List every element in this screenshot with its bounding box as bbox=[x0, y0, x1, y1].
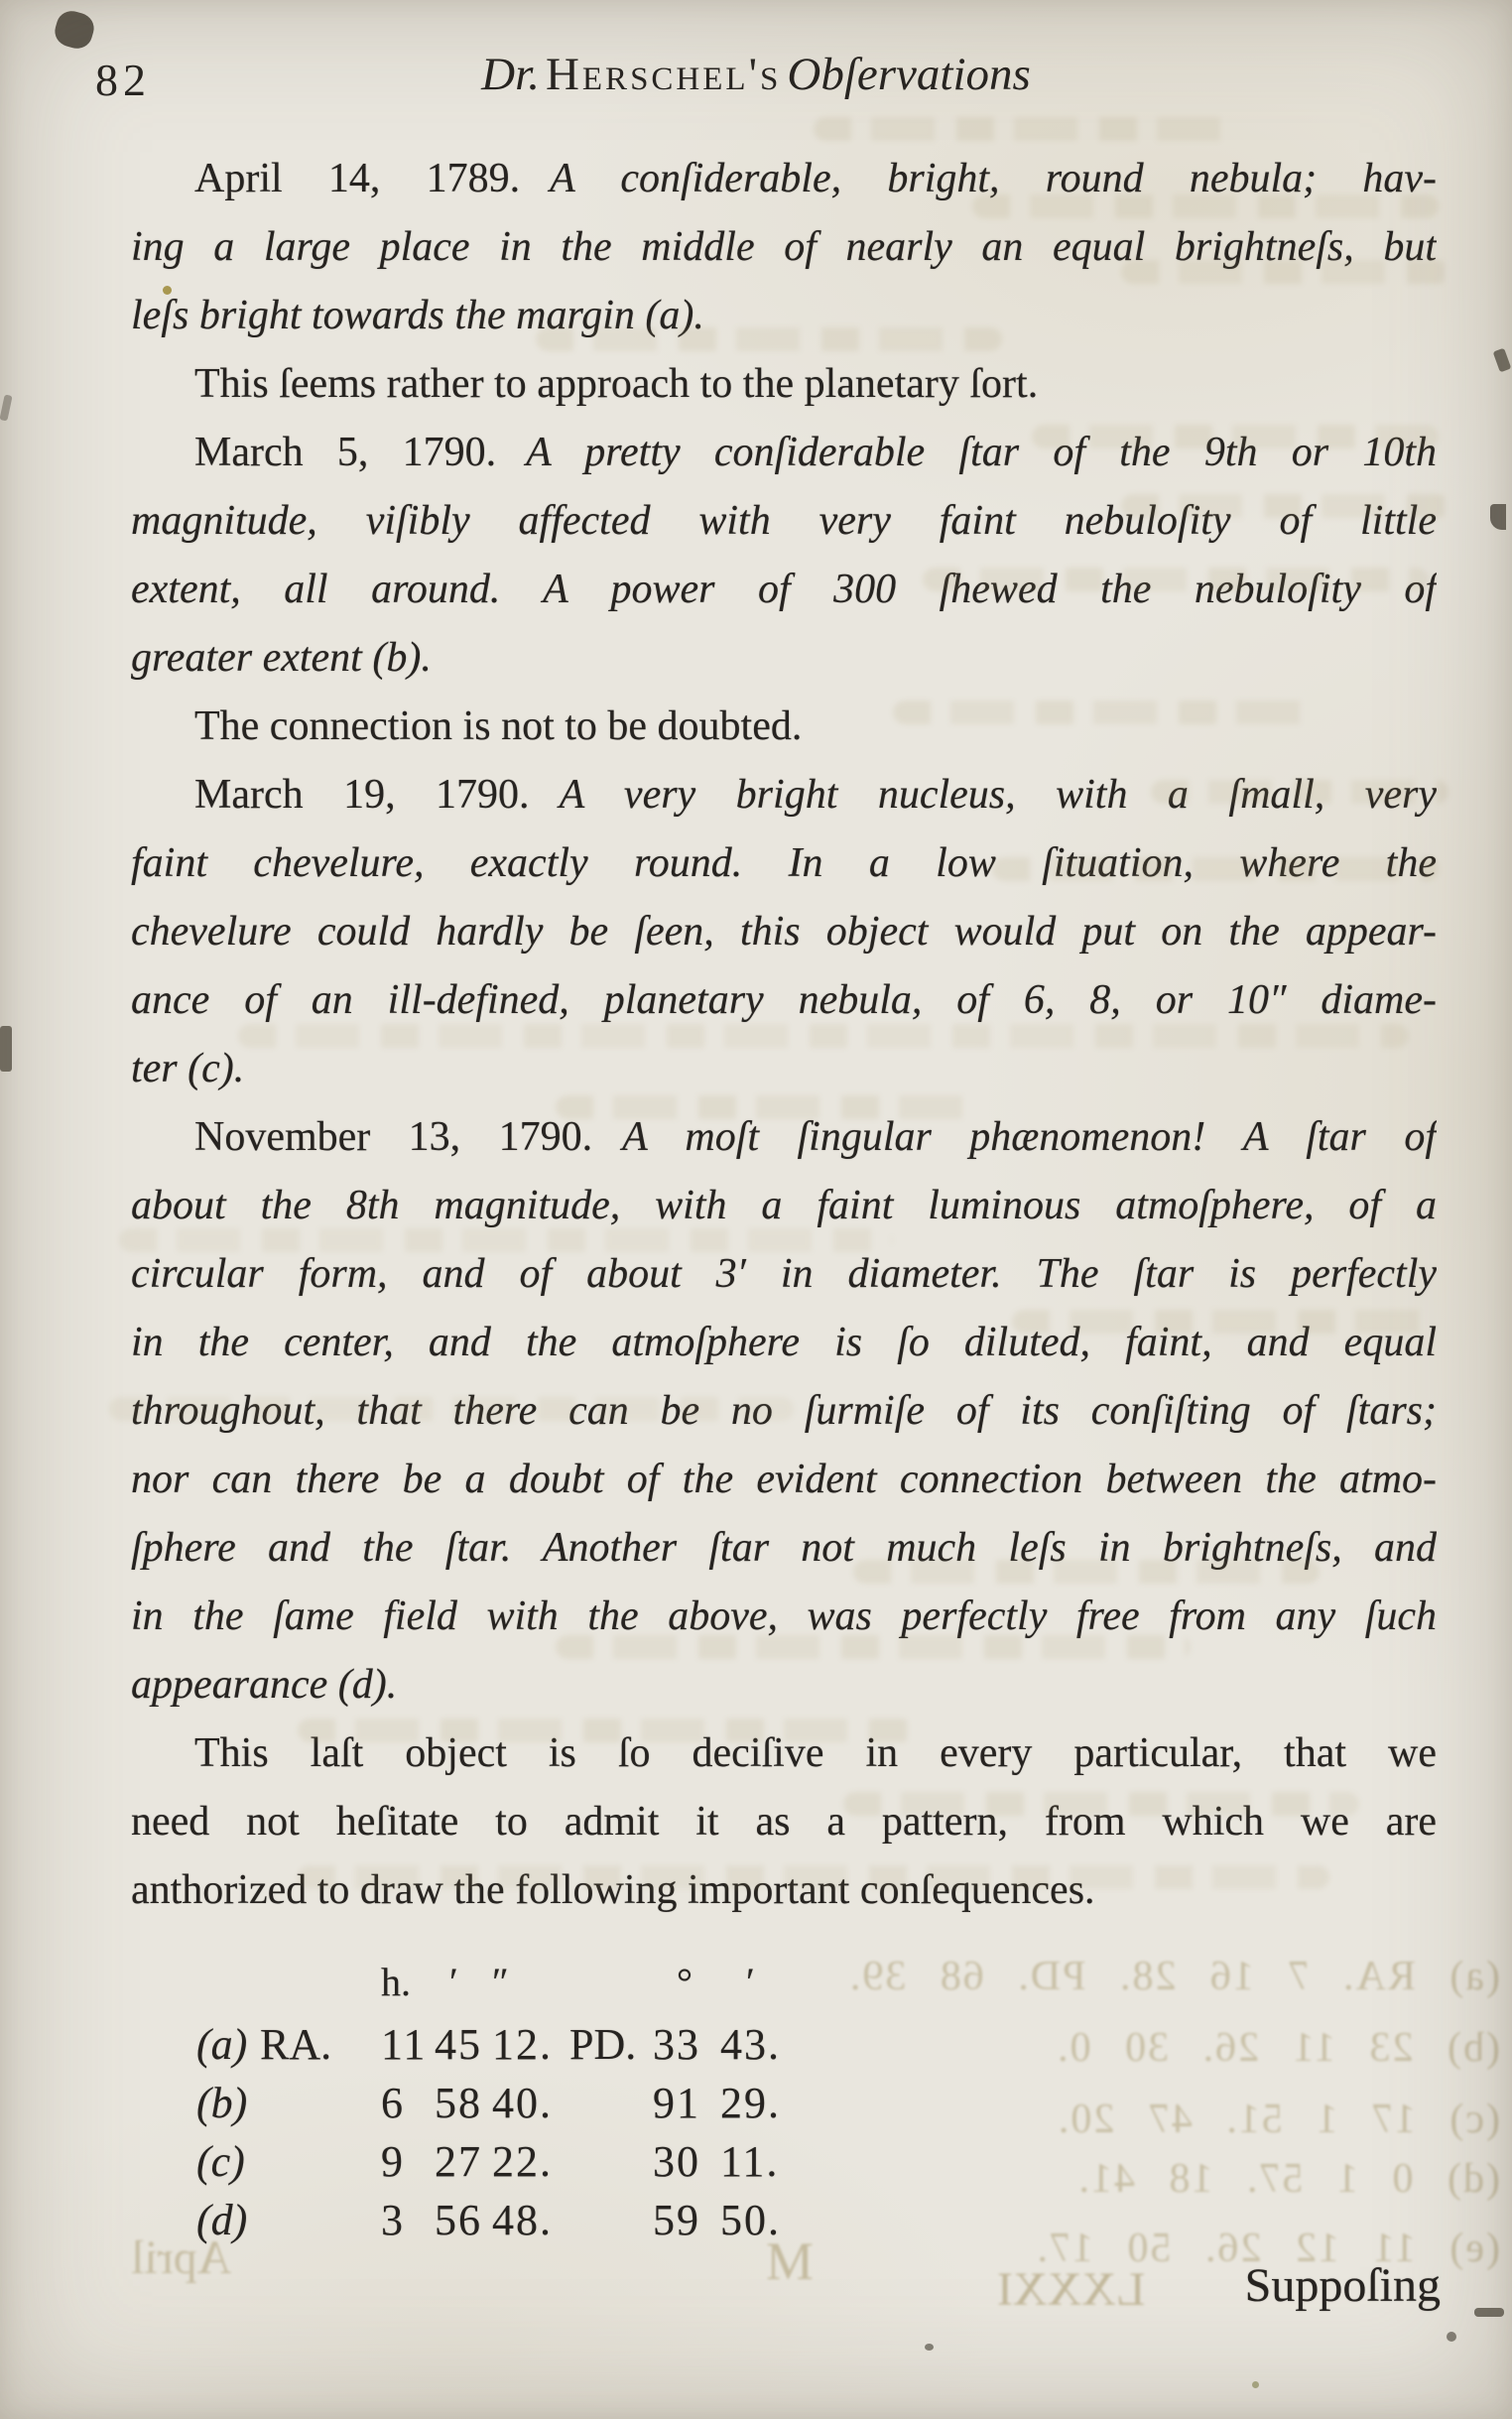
show-through-smear bbox=[536, 327, 1002, 351]
show-through-smear bbox=[109, 1397, 794, 1421]
show-through-smear bbox=[814, 117, 1230, 141]
signature-mark: M bbox=[766, 2230, 814, 2292]
edge-mark bbox=[1474, 2308, 1504, 2317]
book-page: 82 Dr.Herschel'sObſervations April 14, 1… bbox=[0, 0, 1512, 2419]
pd-label bbox=[569, 2132, 653, 2191]
degrees-mark: ° bbox=[653, 1957, 720, 2008]
show-through-smear bbox=[843, 1792, 1359, 1816]
ra-minutes: 27 bbox=[435, 2132, 492, 2191]
show-through-smear bbox=[923, 568, 1429, 591]
show-through-smear bbox=[972, 194, 1439, 218]
ghost-table-row: (c) 17 1 51. 47 20. bbox=[835, 2096, 1500, 2143]
ra-hours: 11 bbox=[361, 2015, 435, 2074]
show-through-smear bbox=[1121, 260, 1449, 284]
running-title-dr: Dr. bbox=[481, 49, 540, 100]
hours-header: h. bbox=[361, 1957, 435, 2008]
show-through-smear bbox=[1151, 780, 1449, 804]
pd-label: PD. bbox=[569, 2015, 653, 2074]
coordinates-table: h. ′ ″ ° ′ (a) RA. 11 45 12. PD. 33 43. … bbox=[196, 1957, 804, 2249]
ra-minutes: 45 bbox=[435, 2015, 492, 2074]
text-line: greater extent (b). bbox=[131, 624, 1437, 693]
paper-speck bbox=[163, 286, 172, 295]
text-line: chevelure could hardly be ſeen, this obj… bbox=[131, 898, 1437, 966]
show-through-smear bbox=[893, 700, 1320, 724]
show-through-smear bbox=[992, 857, 1439, 881]
row-label: (b) bbox=[196, 2074, 260, 2132]
ra-seconds: 40. bbox=[492, 2074, 569, 2132]
row-label: (c) bbox=[196, 2132, 260, 2191]
ra-label bbox=[260, 2132, 361, 2191]
ra-minutes: 56 bbox=[435, 2191, 492, 2249]
show-through-smear bbox=[1012, 1310, 1439, 1334]
pd-label bbox=[569, 2074, 653, 2132]
show-through-smear bbox=[1121, 494, 1449, 518]
ghost-volume: LXXXI bbox=[997, 2262, 1145, 2317]
paper-speck bbox=[925, 2344, 934, 2351]
margin-mark bbox=[0, 394, 13, 421]
minutes-mark: ′ bbox=[435, 1957, 492, 2008]
ra-label: RA. bbox=[260, 2015, 361, 2074]
ra-hours: 6 bbox=[361, 2074, 435, 2132]
running-title: Dr.Herschel'sObſervations bbox=[0, 48, 1512, 101]
ghost-table-row: (b) 23 11 26. 30 0. bbox=[835, 2024, 1500, 2072]
pd-degrees: 30 bbox=[653, 2132, 720, 2191]
ra-seconds: 12. bbox=[492, 2015, 569, 2074]
show-through-smear bbox=[556, 1635, 1191, 1659]
show-through-smear bbox=[853, 1560, 1320, 1584]
ghost-table-row: (d) 0 1 57. 18 41. bbox=[835, 2155, 1500, 2203]
pd-degrees: 59 bbox=[653, 2191, 720, 2249]
ra-hours: 3 bbox=[361, 2191, 435, 2249]
ghost-april: April bbox=[131, 2230, 231, 2285]
running-title-word: Obſervations bbox=[787, 49, 1030, 100]
ink-blot bbox=[52, 7, 97, 52]
show-through-smear bbox=[556, 1095, 982, 1119]
ra-seconds: 22. bbox=[492, 2132, 569, 2191]
ghost-table-row: (a) RA. 7 16 28. PD. 68 39. bbox=[835, 1953, 1500, 2000]
pd-minutes: 43. bbox=[720, 2015, 804, 2074]
ra-minutes: 58 bbox=[435, 2074, 492, 2132]
edge-mark bbox=[1490, 504, 1506, 530]
pd-minutes: 11. bbox=[720, 2132, 804, 2191]
paper-speck bbox=[1252, 2381, 1259, 2388]
edge-mark bbox=[1493, 348, 1512, 373]
pd-label bbox=[569, 2191, 653, 2249]
text-line: This ſeems rather to approach to the pla… bbox=[131, 350, 1437, 419]
paper-speck bbox=[1447, 2332, 1456, 2342]
row-label: (a) bbox=[196, 2015, 260, 2074]
margin-mark bbox=[0, 1026, 12, 1072]
show-through-smear bbox=[298, 1865, 1329, 1889]
text-line: nor can there be a doubt of the evident … bbox=[131, 1446, 1437, 1514]
pd-minutes: 29. bbox=[720, 2074, 804, 2132]
show-through-smear bbox=[119, 1228, 893, 1252]
show-through-smear bbox=[238, 1024, 1409, 1048]
running-title-author: Herschel's bbox=[540, 49, 787, 100]
pd-degrees: 91 bbox=[653, 2074, 720, 2132]
pd-degrees: 33 bbox=[653, 2015, 720, 2074]
show-through-smear bbox=[1032, 425, 1439, 448]
pd-minutes-mark: ′ bbox=[720, 1957, 804, 2008]
ra-label bbox=[260, 2191, 361, 2249]
show-through-smear bbox=[298, 1719, 913, 1742]
ra-hours: 9 bbox=[361, 2132, 435, 2191]
catchword: Suppoſing bbox=[1245, 2258, 1441, 2313]
text-line: appearance (d). bbox=[131, 1651, 1437, 1719]
ra-label bbox=[260, 2074, 361, 2132]
seconds-mark: ″ bbox=[492, 1957, 569, 2008]
ra-seconds: 48. bbox=[492, 2191, 569, 2249]
